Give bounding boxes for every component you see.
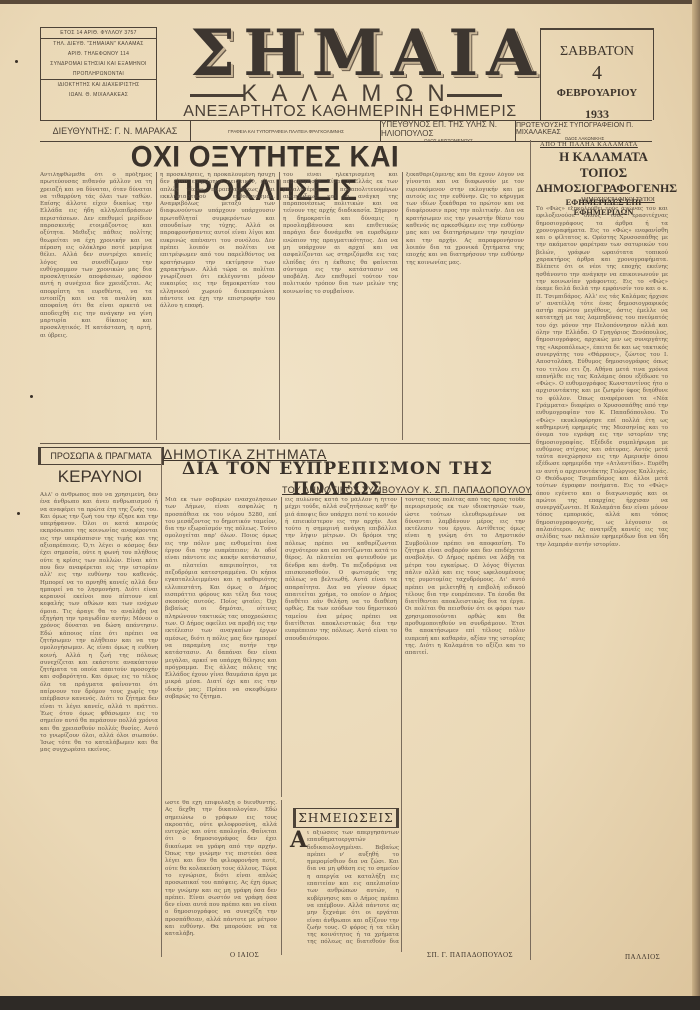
date-box: ΣΑΒΒΑΤΟΝ 4 ΦΕΒΡΟΥΑΡΙΟΥ 1933 (540, 28, 654, 120)
people-body-continued: ωστε θα εχη επιφυλαξη ο διευθυντης. Ας δ… (165, 800, 277, 945)
date-weekday: ΣΑΒΒΑΤΟΝ (541, 44, 653, 60)
director: ΔΙΕΥΘΥΝΤΗΣ: Γ. Ν. ΜΑΡΑΚΑΣ (40, 121, 190, 141)
lead-column-1: Αντιληφθώμεθα ότι ο πρόξημος πρωτεύουσας… (40, 172, 152, 442)
side-body: Τό «Φώς» εξηκολούθει τούς άγώνας του και… (536, 206, 668, 946)
owner-label: ΙΔΙΟΚΤΗΤΗΣ ΚΑΙ ΔΙΑΧΕΙΡΙΣΤΗΣ (41, 79, 156, 90)
section-divider (40, 443, 530, 444)
ink-speck (30, 395, 33, 398)
notes-section-label: ΣΗΜΕΙΩΣΕΙΣ (293, 808, 399, 828)
lead-column-3: του είναι ηλεκτρισμένη και παραπορησία. … (283, 172, 398, 442)
ink-speck (15, 60, 18, 63)
column-rule (402, 172, 403, 440)
people-signature: Ο ΙΑΙΟΣ (230, 951, 259, 959)
newspaper-page: ΕΤΟΣ 14 ΑΡΙΘ. ΦΥΛΛΟΥ 3757 ΤΗΛ. ΔΙΕΥΘ. "Σ… (0, 0, 700, 1010)
scan-edge-right (692, 0, 700, 1010)
issue-number: ΕΤΟΣ 14 ΑΡΙΘ. ΦΥΛΛΟΥ 3757 (41, 28, 156, 39)
staff-row: ΔΙΕΥΘΥΝΤΗΣ: Γ. Ν. ΜΑΡΑΚΑΣ ΓΡΑΦΕΙΑ ΚΑΙ ΤΥ… (40, 120, 652, 142)
director-text: ΔΙΕΥΘΥΝΤΗΣ: Γ. Ν. ΜΑΡΑΚΑΣ (53, 126, 178, 136)
printer-address: ΟΔΟΣ ΛΑΚΩΝΙΚΗΣ (565, 136, 605, 141)
column-rule (401, 497, 402, 952)
column-rule (281, 800, 282, 955)
lead-column-4: ξεκαθαριζόμενης και θα έχουν λόγον να γί… (406, 172, 524, 442)
subscriptions: ΣΥΝΔΡΟΜΑΙ ΕΤΗΣΙΑΙ ΚΑΙ ΕΞΑΜΗΝΟΙ (41, 59, 156, 69)
side-divider (585, 193, 630, 194)
municipal-column-2: εις πυλώνας κατά το μάλλον ή ήττον μέχρι… (285, 497, 397, 797)
scan-edge-bottom (0, 996, 700, 1010)
scan-edge-top (0, 0, 700, 4)
people-headline: ΚΕΡΑΥΝΟΙ (40, 467, 160, 487)
municipal-column-3: τοντας τους πολίτας από τας άρας τούδε π… (405, 497, 525, 947)
municipal-column-1: Μιά εκ των σοβαρών ενασχολήσεων των Δήμω… (165, 497, 277, 797)
newspaper-title: ΣΗΜΑΙΑ (190, 22, 510, 86)
newspaper-tagline: ΑΝΕΞΑΡΤΗΤΟΣ ΚΑΘΗΜΕΡΙΝΗ ΕΦΗΜΕΡΙΣ (175, 103, 525, 121)
masthead-info-box: ΕΤΟΣ 14 ΑΡΙΘ. ΦΥΛΛΟΥ 3757 ΤΗΛ. ΔΙΕΥΘ. "Σ… (40, 27, 157, 121)
column-rule (530, 140, 531, 960)
printer: ΠΡΩΤΕΥΟΥΣΗΣ ΤΥΠΟΓΡΑΦΕΙΟΝ Π. ΜΙΧΑΛΑΚΕΑΣΟΔ… (515, 121, 653, 141)
people-section-label: ΠΡΟΣΩΠΑ & ΠΡΑΓΜΑΤΑ (38, 447, 164, 465)
date-month: ΦΕΒΡΟΥΑΡΙΟΥ (541, 87, 653, 99)
column-rule (281, 497, 282, 797)
offices: ΓΡΑΦΕΙΑ ΚΑΙ ΤΥΠΟΓΡΑΦΕΙΑ ΠΛΑΤΕΙΑ ΦΡΑΓΚΟΛΙ… (190, 121, 381, 141)
offices-text: ΓΡΑΦΕΙΑ ΚΑΙ ΤΥΠΟΓΡΑΦΕΙΑ ΠΛΑΤΕΙΑ ΦΡΑΓΚΟΛΙ… (228, 129, 344, 134)
side-subheading: ΔΗΜΟΣΙΟΓΡΑΦΙΚΟΙ ΤΥΠΟΙ (580, 197, 655, 203)
notes-body: ι αξιώσεις των απεργησάντων επαυδηματοερ… (307, 830, 399, 945)
printer-text: ΠΡΩΤΕΥΟΥΣΗΣ ΤΥΠΟΓΡΑΦΕΙΟΝ Π. ΜΙΧΑΛΑΚΕΑΣ (516, 122, 653, 136)
side-kicker: ΑΠΟ ΤΗ ΠΑΛΗΑ ΚΑΛΑΜΑΤΑ (540, 141, 670, 148)
prepaid: ΠΡΟΠΛΗΡΩΝΟΝΤΑΙ (41, 69, 156, 79)
municipal-byline: ΤΟΥ ΔΗΜΟΤΙΚΟΥ ΣΥΜΒΟΥΛΟΥ Κ. ΣΠ. ΠΑΠΑΔΟΠΟΥ… (282, 485, 532, 495)
editor-text: ΥΠΕΥΘΥΝΟΣ ΕΠ. ΤΗΣ ΥΛΗΣ Ν. ΗΛΙΟΠΟΥΛΟΣ (381, 120, 516, 138)
column-rule (156, 172, 157, 440)
notes-drop-cap: Α (290, 829, 307, 851)
column-rule (161, 447, 162, 957)
people-body: Αλλ' ο άνθρωπος πού να χρησιμεύη, δεν έν… (40, 492, 158, 954)
editor: ΥΠΕΥΘΥΝΟΣ ΕΠ. ΤΗΣ ΥΛΗΣ Ν. ΗΛΙΟΠΟΥΛΟΣΟΔΟΣ… (380, 121, 516, 141)
phone-number: ΑΡΙΘ. ΤΗΛΕΦΩΝΟΥ 114 (41, 49, 156, 59)
column-rule (279, 172, 280, 440)
municipal-signature: ΣΠ. Γ. ΠΑΠΑΔΟΠΟΥΛΟΣ (427, 951, 513, 959)
owner-name: ΙΩΑΝ. Θ. ΜΙΧΑΛΑΚΕΑΣ (41, 90, 156, 100)
subtitle-rule-right (447, 94, 502, 97)
side-signature: ΠΑΛΛΙΟΣ (625, 953, 660, 961)
ink-speck (17, 512, 20, 515)
side-headline-line-1: Η ΚΑΛΑΜΑΤΑ ΤΟΠΟΣ (536, 149, 671, 181)
lead-column-2: η προσκλήσεις, η προκαλουμένη ήσυχη δεν … (160, 172, 275, 442)
telegraph-address: ΤΗΛ. ΔΙΕΥΘ. "ΣΗΜΑΙΑΝ" ΚΑΛΑΜΑΣ (41, 39, 156, 49)
date-day: 4 (541, 62, 653, 85)
